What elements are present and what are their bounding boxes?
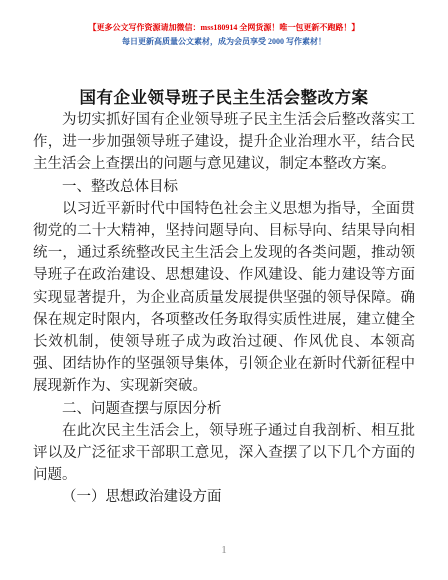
watermark-header: 【更多公文写作资源请加微信：mss180914 全网货源！唯一包更新不跑路！】 … [0, 22, 448, 48]
watermark-line-blue: 每日更新高质量公文素材，成为会员享受 2000 写作素材！ [0, 36, 448, 48]
document-title: 国有企业领导班子民主生活会整改方案 [0, 84, 448, 108]
document-body: 为切实抓好国有企业领导班子民主生活会后整改落实工作，进一步加强领导班子建设，提升… [33, 109, 415, 509]
document-page: 【更多公文写作资源请加微信：mss180914 全网货源！唯一包更新不跑路！】 … [0, 0, 448, 580]
page-number: 1 [221, 544, 227, 556]
body-paragraph: 为切实抓好国有企业领导班子民主生活会后整改落实工作，进一步加强领导班子建设，提升… [33, 109, 415, 176]
page-footer: 1 [0, 540, 448, 558]
section-heading: 一、整改总体目标 [33, 176, 415, 198]
section-subheading: （一）思想政治建设方面 [33, 486, 415, 508]
section-heading: 二、问题查摆与原因分析 [33, 398, 415, 420]
watermark-line-red: 【更多公文写作资源请加微信：mss180914 全网货源！唯一包更新不跑路！】 [0, 22, 448, 34]
body-paragraph: 以习近平新时代中国特色社会主义思想为指导，全面贯彻党的二十大精神，坚持问题导向、… [33, 198, 415, 398]
body-paragraph: 在此次民主生活会上，领导班子通过自我剖析、相互批评以及广泛征求干部职工意见，深入… [33, 420, 415, 487]
